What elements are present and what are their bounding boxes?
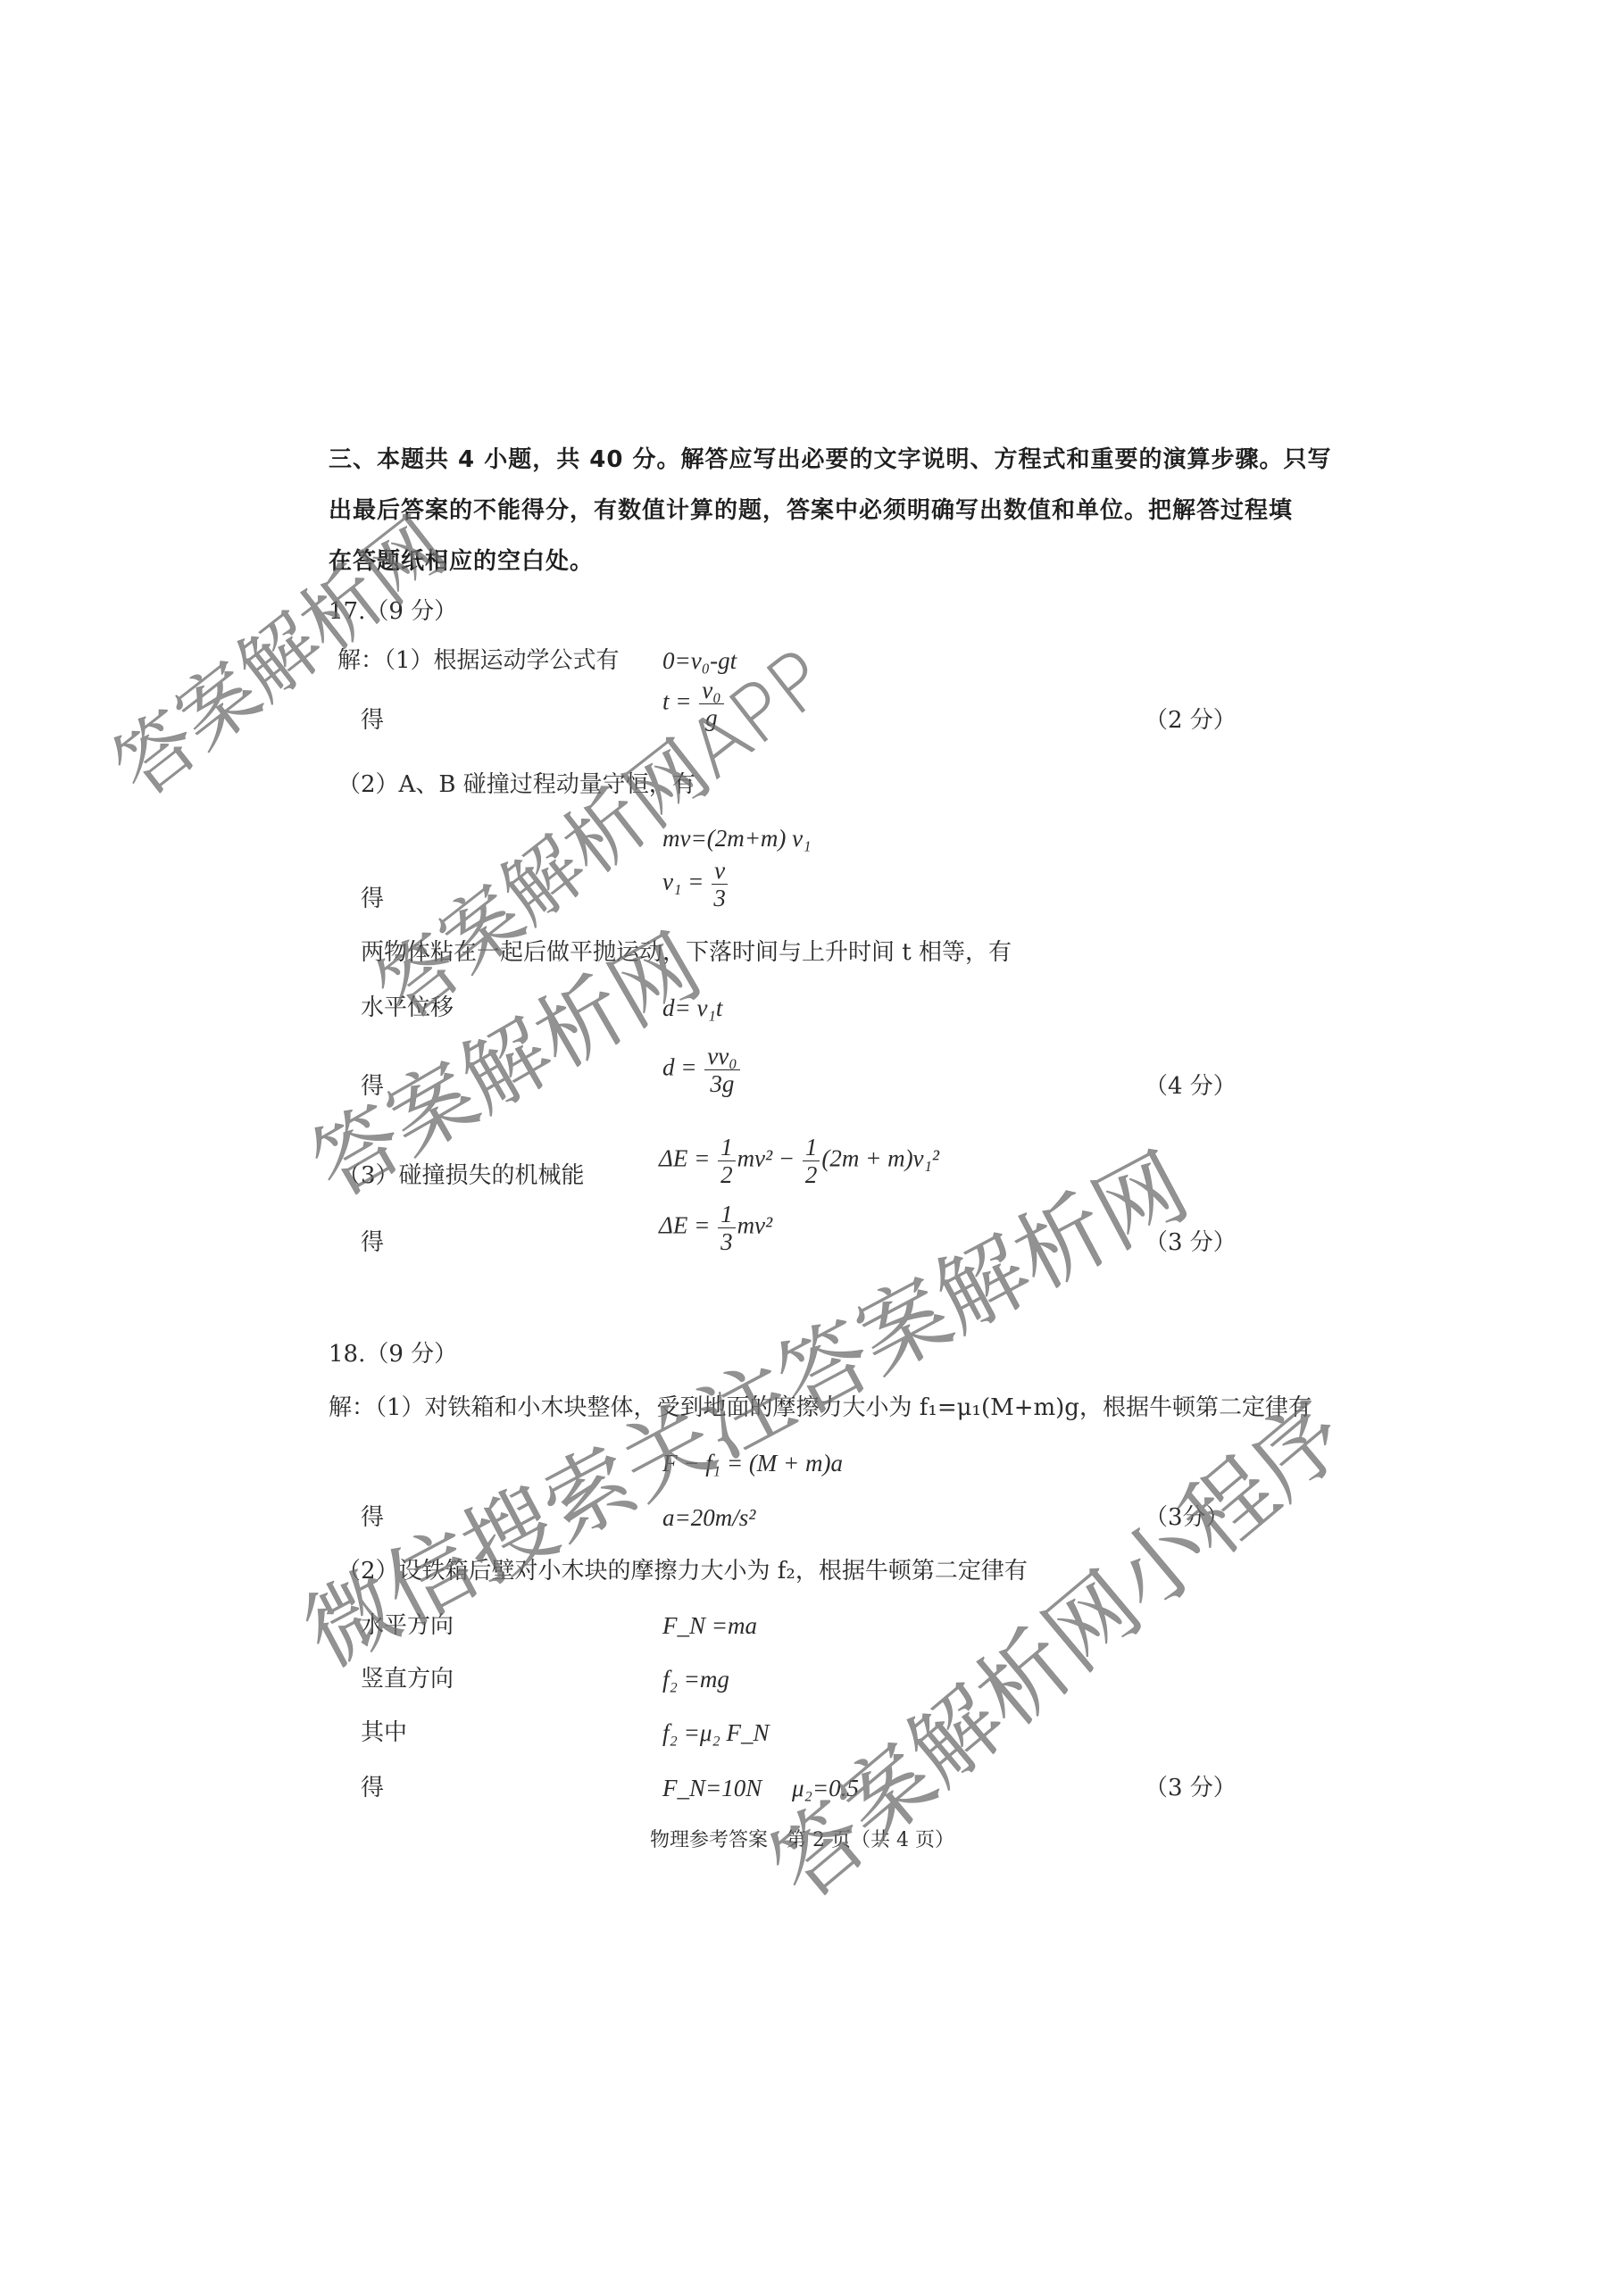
fraction: 12 <box>803 1134 820 1188</box>
q17-part2-score: （4 分） <box>1145 1071 1237 1102</box>
q18-part2-result-label: 得 <box>361 1773 384 1803</box>
lhs: ΔE = <box>659 1212 710 1239</box>
section-intro-line-1: 三、本题共 4 小题，共 40 分。解答应写出必要的文字说明、方程式和重要的演算… <box>329 445 1331 475</box>
denominator: 3 <box>713 885 726 911</box>
q17-part3-equation: ΔE = 12mv² − 12(2m + m)v₁² <box>659 1134 939 1188</box>
q17-part1-score: （2 分） <box>1145 705 1237 736</box>
q17-part2-final: d = vv₀3g <box>662 1043 742 1097</box>
q17-part3-result-label: 得 <box>361 1227 384 1258</box>
denominator: 3 <box>720 1228 733 1255</box>
lhs: ΔE = <box>659 1145 710 1172</box>
q17-part3-result: ΔE = 13mv² <box>659 1201 772 1255</box>
q18-part2-w-label: 其中 <box>361 1718 407 1748</box>
q18-heading: 18.（9 分） <box>329 1339 457 1369</box>
denominator: 2 <box>720 1161 733 1188</box>
q18-part2-v-equation: f₂ =mg <box>662 1664 729 1694</box>
q17-part2-result: v₁ = v3 <box>662 857 729 911</box>
numerator: v <box>712 857 728 885</box>
numerator: 1 <box>718 1201 736 1228</box>
middle: mv² − <box>737 1145 795 1172</box>
q18-part2-score: （3 分） <box>1145 1773 1237 1803</box>
denominator: 2 <box>805 1161 818 1188</box>
numerator: vv₀ <box>704 1043 739 1070</box>
fraction: 13 <box>718 1201 736 1255</box>
q18-part2-h-equation: F_N =ma <box>662 1610 757 1641</box>
lhs: v₁ = <box>662 869 704 895</box>
lhs: d = <box>662 1054 696 1081</box>
q18-part2-w-equation: f₂ =μ₂ F_N <box>662 1718 770 1748</box>
section-intro-line-2: 出最后答案的不能得分，有数值计算的题，答案中必须明确写出数值和单位。把解答过程填 <box>329 495 1293 526</box>
fraction: v3 <box>712 857 728 911</box>
numerator: 1 <box>803 1134 820 1161</box>
q17-part1-result-label: 得 <box>361 705 384 736</box>
fraction: vv₀3g <box>704 1043 739 1097</box>
denominator: 3g <box>710 1070 734 1097</box>
tail: mv² <box>737 1212 773 1239</box>
numerator: 1 <box>718 1134 736 1161</box>
q17-part2-result-label: 得 <box>361 884 384 914</box>
q17-part1-label: 解：（1）根据运动学公式有 <box>337 645 620 676</box>
fraction: 12 <box>718 1134 736 1188</box>
tail: (2m + m)v₁² <box>821 1145 939 1172</box>
document-page: 三、本题共 4 小题，共 40 分。解答应写出必要的文字说明、方程式和重要的演算… <box>0 0 1624 2296</box>
